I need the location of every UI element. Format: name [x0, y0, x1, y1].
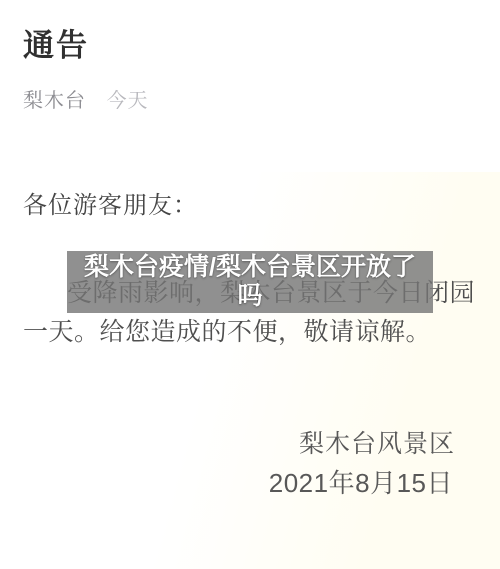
caption-watermark-line1: 梨木台疫情/梨木台景区开放了 — [84, 253, 416, 282]
signature-date: 2021年8月15日 — [269, 463, 453, 500]
salutation-line: 各位游客朋友： — [23, 185, 198, 220]
notice-photo: 各位游客朋友： 受降雨影响，梨木台景区于今日闭园 一天。给您造成的不便，敬请谅解… — [0, 172, 500, 569]
notice-meta: 梨木台 今天 — [23, 84, 149, 113]
notice-body-line2: 一天。给您造成的不便，敬请谅解。 — [23, 313, 493, 352]
notice-article-screenshot: 通告 梨木台 今天 各位游客朋友： 受降雨影响，梨木台景区于今日闭园 一天。给您… — [0, 0, 500, 569]
publish-time: 今天 — [107, 90, 149, 112]
caption-watermark-overlay: 梨木台疫情/梨木台景区开放了 吗 — [67, 251, 433, 313]
signature-name: 梨木台风景区 — [299, 424, 455, 460]
caption-watermark-line2: 吗 — [237, 282, 262, 311]
notice-title: 通告 — [23, 20, 89, 65]
publisher-name[interactable]: 梨木台 — [23, 90, 86, 112]
